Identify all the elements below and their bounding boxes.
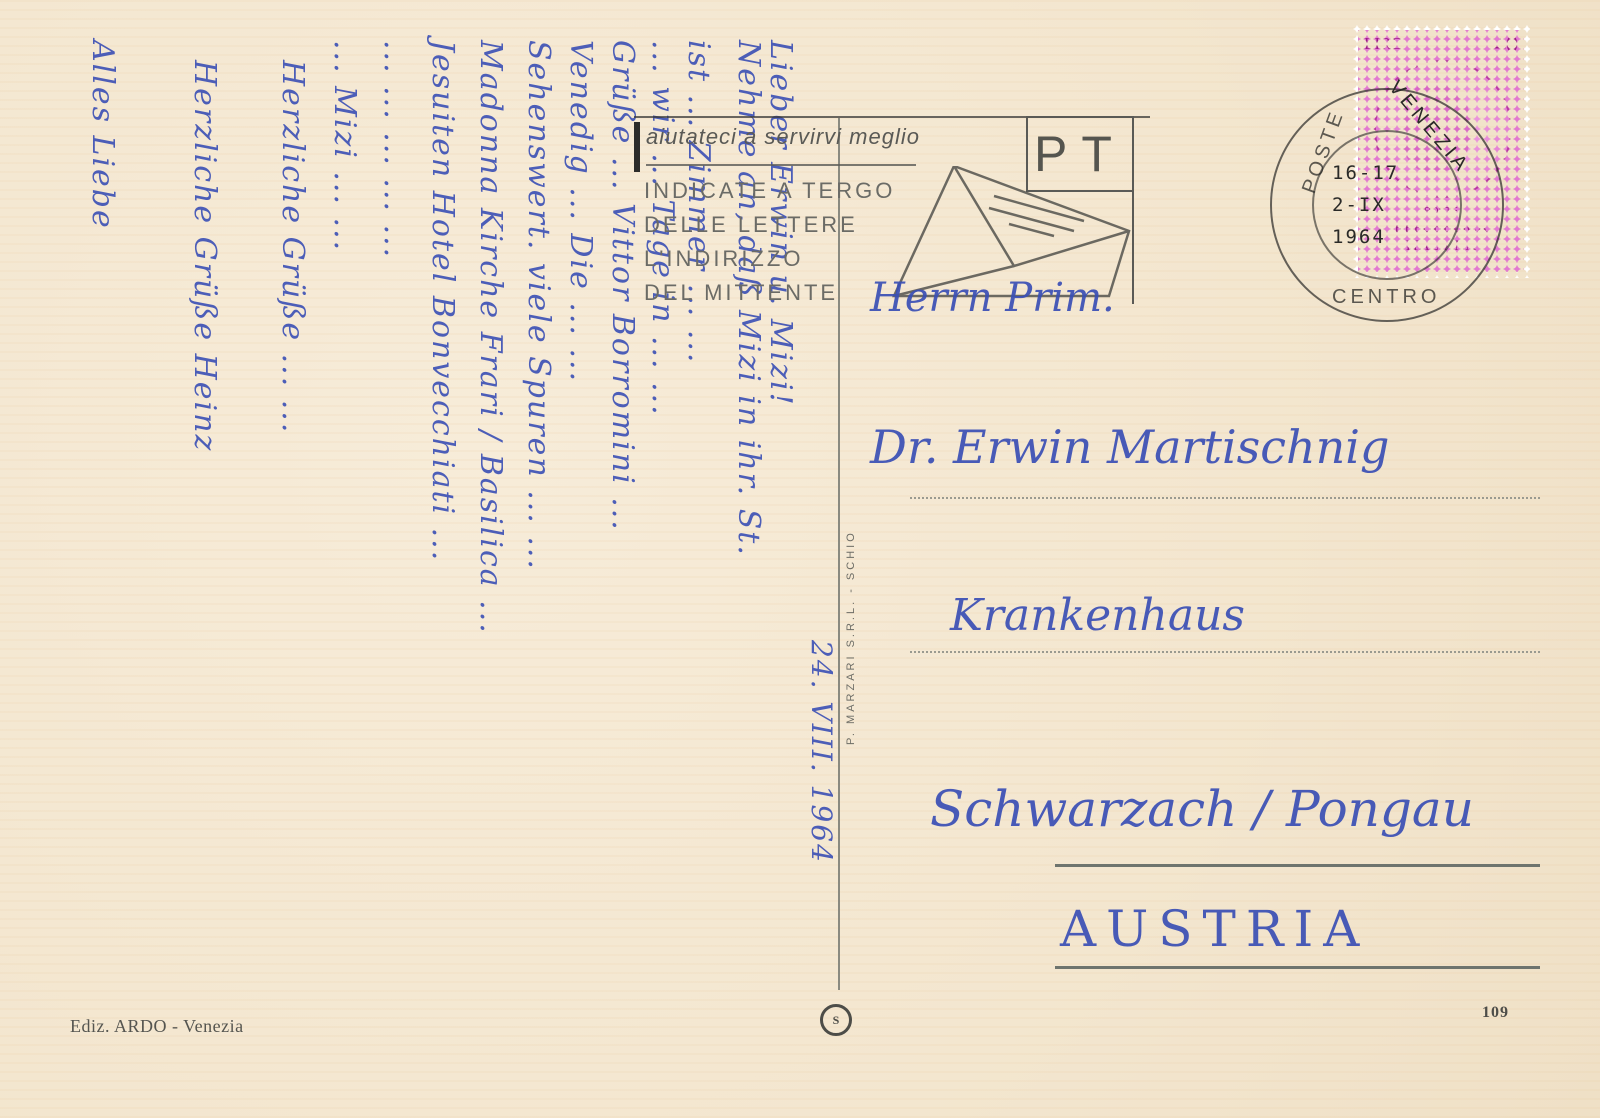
postcard-back: Lieber Erwin u. Mizi! Nehme an, daß Mizi… (0, 0, 1600, 1118)
message-line: Herzliche Grüße Heinz (187, 60, 222, 452)
message-line: Venedig ... Die ... ... (563, 40, 598, 383)
address-line-2 (910, 651, 1540, 653)
address-line-4 (1055, 966, 1540, 969)
publisher-imprint: Ediz. ARDO - Venezia (70, 1016, 244, 1037)
postmark-date: 2-IX (1332, 194, 1386, 216)
message-line: Madonna Kirche Frari / Basilica ... (473, 40, 508, 635)
cancel-line: INDICATE A TERGO (644, 178, 895, 204)
stamp-value: 40 (1494, 32, 1518, 59)
card-number: 109 (1482, 1004, 1509, 1022)
address-line-3 (1055, 864, 1540, 867)
slogan-rule (646, 164, 916, 166)
message-line: Herzliche Grüße ... ... (275, 60, 310, 434)
address-institution: Krankenhaus (950, 590, 1245, 641)
address-city: Schwarzach / Pongau (930, 780, 1474, 838)
postmark-year: 1964 (1332, 226, 1386, 248)
publisher-logo-icon: S (820, 1004, 852, 1036)
cancel-line: DEL MITTENTE (644, 280, 838, 306)
cancel-line: L'INDIRIZZO (644, 246, 803, 272)
message-line: ... Mizi ... ... (327, 40, 362, 252)
cancel-bar (634, 122, 640, 172)
postmark: POSTE VENEZIA CENTRO 16-17 2-IX 1964 (1270, 88, 1504, 322)
postmark-bottom: CENTRO (1332, 286, 1440, 309)
postmark-time: 16-17 (1332, 162, 1399, 184)
message-date: 24. VIII. 1964 (805, 640, 838, 864)
address-country: AUSTRIA (1060, 900, 1369, 958)
message-signature: Alles Liebe (85, 40, 120, 230)
cancel-line: DELLE LETTERE (644, 212, 858, 238)
stamp-currency: LIRE (1364, 34, 1402, 54)
address-salutation: Herrn Prim. (870, 275, 1115, 321)
message-line: Sehenswert. viele Spuren ... ... (521, 40, 556, 571)
message-line: ... ... ... ... ... (377, 40, 412, 259)
cancel-slogan: aiutateci a servirvi meglio (646, 124, 920, 150)
printer-imprint: P. MARZARI S.R.L. - SCHIO (845, 530, 857, 745)
message-line: Jesuiten Hotel Bonvecchiati ... (425, 40, 460, 562)
address-name: Dr. Erwin Martischnig (870, 420, 1389, 474)
address-line-1 (910, 497, 1540, 499)
